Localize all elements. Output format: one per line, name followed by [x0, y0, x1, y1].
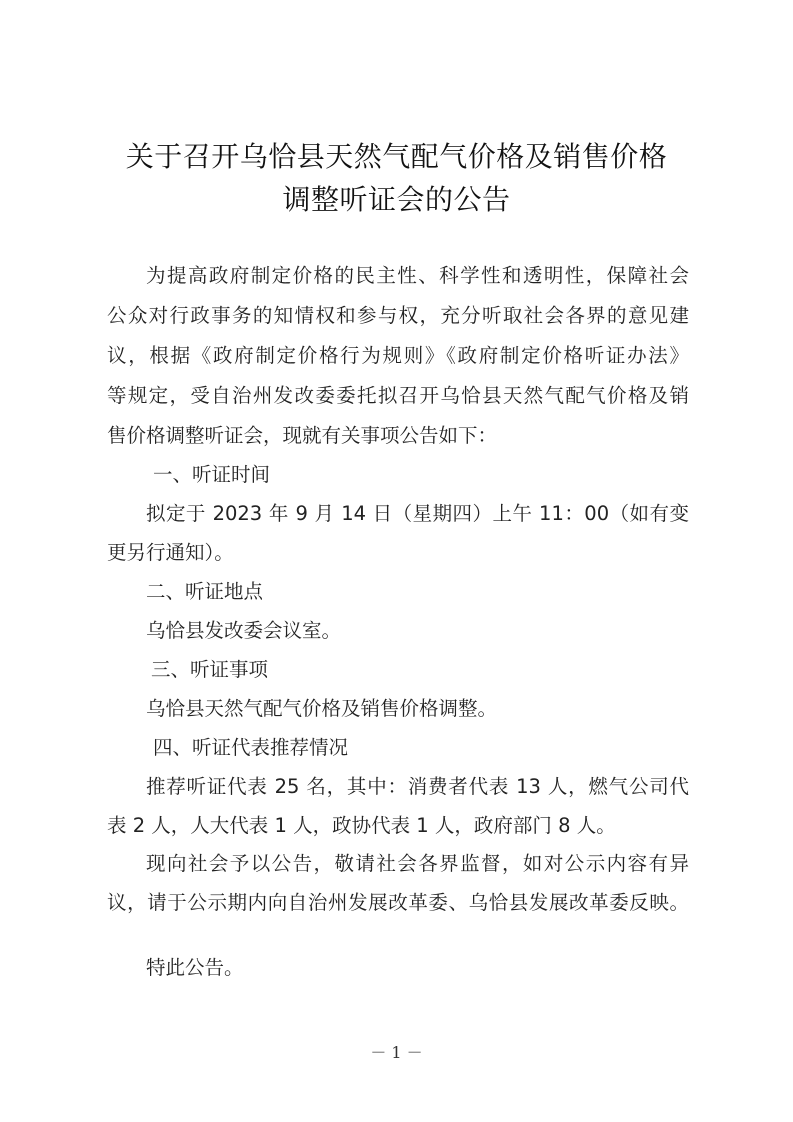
section-4-body-line-1: 推荐听证代表 25 名，其中：消费者代表 13 人，燃气公司代 [146, 773, 689, 801]
sign-off: 特此公告。 [146, 954, 244, 982]
intro-line-3: 议，根据《政府制定价格行为规则》《政府制定价格听证办法》 [107, 342, 689, 370]
page-number: － 1 － [0, 1040, 793, 1063]
document-title-line-2: 调整听证会的公告 [0, 180, 793, 220]
intro-line-2: 公众对行政事务的知情权和参与权，充分听取社会各界的意见建 [107, 302, 689, 330]
section-2-body: 乌恰县发改委会议室。 [146, 617, 341, 645]
closing-line-2: 议，请于公示期内向自治州发展改革委、乌恰县发展改革委反映。 [107, 889, 689, 917]
document-title-line-1: 关于召开乌恰县天然气配气价格及销售价格 [0, 137, 793, 177]
closing-line-1: 现向社会予以公告，敬请社会各界监督，如对公示内容有异 [146, 850, 689, 878]
section-1-heading: 一、听证时间 [153, 461, 270, 489]
section-4-body-line-2: 表 2 人，人大代表 1 人，政协代表 1 人，政府部门 8 人。 [107, 812, 616, 840]
section-3-body: 乌恰县天然气配气价格及销售价格调整。 [146, 695, 497, 723]
section-3-heading: 三、听证事项 [151, 656, 268, 684]
intro-line-5: 售价格调整听证会，现就有关事项公告如下： [107, 422, 497, 450]
section-2-heading: 二、听证地点 [146, 578, 263, 606]
section-1-body-line-1: 拟定于 2023 年 9 月 14 日（星期四）上午 11：00（如有变 [146, 500, 689, 528]
section-1-body-line-2: 更另行通知）。 [107, 539, 234, 567]
section-4-heading: 四、听证代表推荐情况 [153, 734, 348, 762]
intro-line-4: 等规定，受自治州发改委委托拟召开乌恰县天然气配气价格及销 [107, 382, 689, 410]
intro-line-1: 为提高政府制定价格的民主性、科学性和透明性，保障社会 [146, 262, 689, 290]
